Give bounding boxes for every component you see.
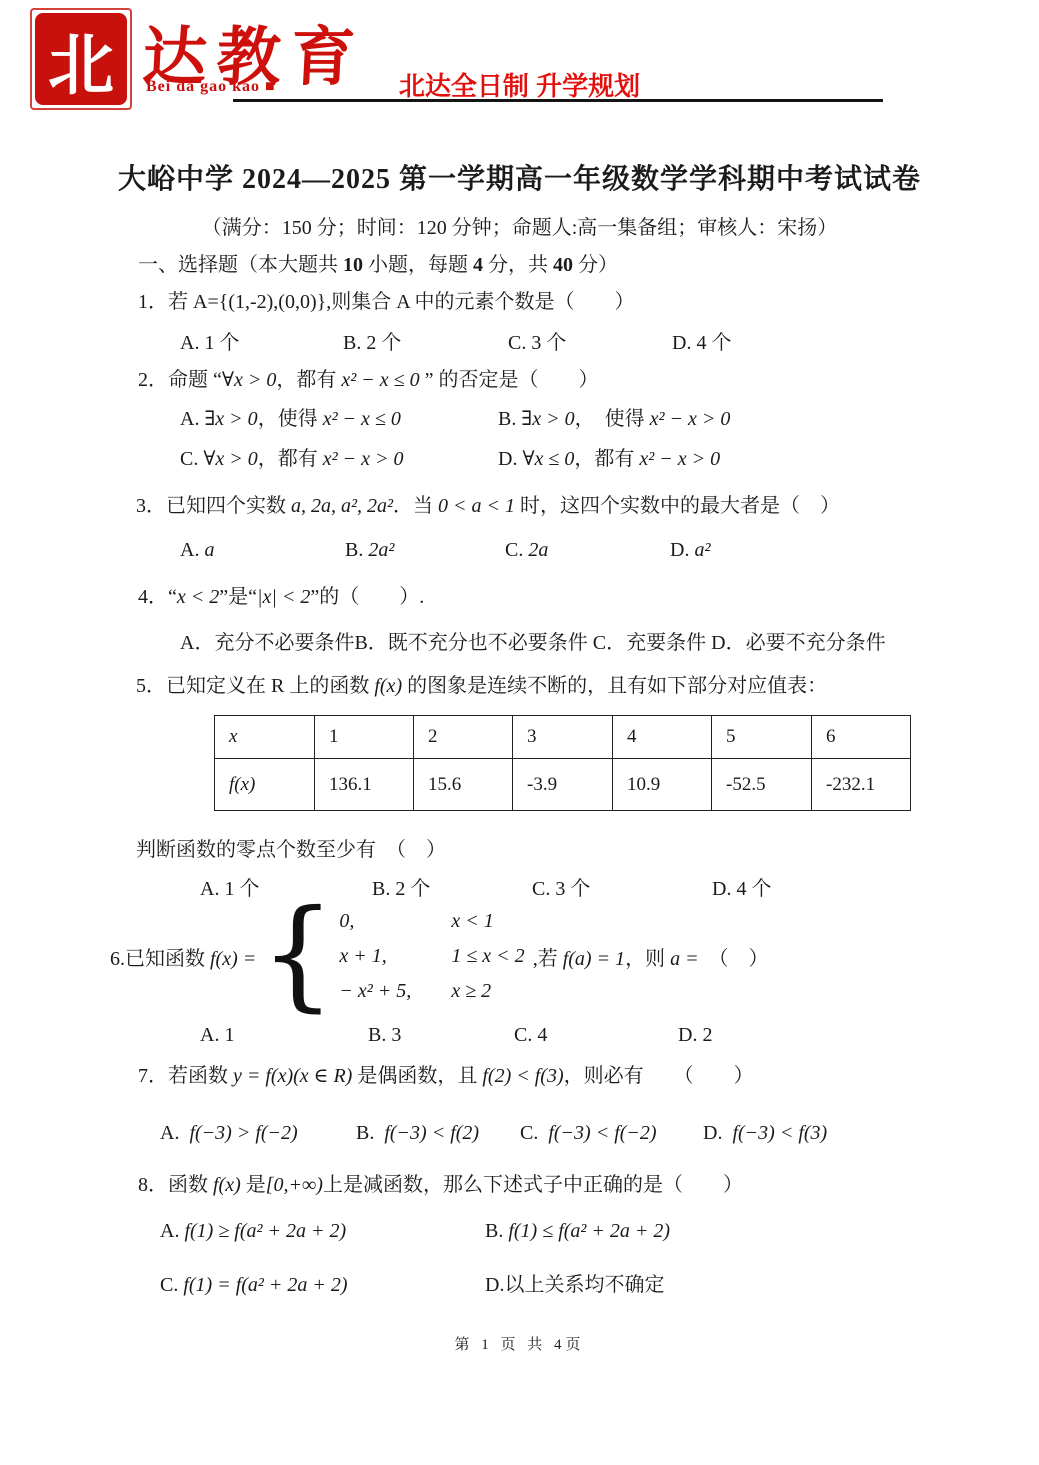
question-3-options: A. a B. 2a² C. 2a D. a² (0, 537, 1039, 693)
piecewise-case-1: 0, x < 1 (339, 904, 524, 939)
q7-option-a: A. f(−3) > f(−2) (160, 1120, 298, 1146)
case-condition: 1 ≤ x < 2 (451, 945, 524, 968)
exam-meta: （满分：150 分；时间：120 分钟；命题人:高一集备组；审核人：宋扬） (0, 211, 1039, 240)
q1-option-d: D. 4 个 (672, 330, 731, 356)
case-value: 0, (339, 910, 451, 933)
case-value: x + 1, (339, 945, 451, 968)
exam-page: 北 达教育 Bei da gao kao ■ 北达全日制 升学规划 大峪中学 2… (0, 0, 1039, 1465)
page-title: 大峪中学 2024—2025 第一学期高一年级数学学科期中考试试卷 (0, 157, 1039, 197)
q8-option-a: A. f(1) ≥ f(a² + 2a + 2) (160, 1218, 346, 1244)
q5-option-d: D. 4 个 (712, 876, 771, 902)
question-3-stem: 3．已知四个实数 a, 2a, a², 2a²．当 0 < a < 1 时，这四… (136, 493, 840, 519)
table-row-x: x 1 2 3 4 5 6 (215, 716, 911, 759)
q5-option-a: A. 1 个 (200, 876, 259, 902)
q2-option-a: A. ∃x > 0，使得 x² − x ≤ 0 (180, 406, 401, 432)
q8-option-b: B. f(1) ≤ f(a² + 2a + 2) (485, 1218, 670, 1244)
table-cell: 1 (315, 716, 414, 759)
q1-option-b: B. 2 个 (343, 330, 401, 356)
table-cell: 10.9 (613, 759, 712, 811)
question-8-options-row2: C. f(1) = f(a² + 2a + 2) D.以上关系均不确定 (0, 1272, 1039, 1376)
question-8-stem: 8．函数 f(x) 是[0,+∞)上是减函数，那么下述式子中正确的是（ ） (138, 1172, 743, 1198)
question-5-stem: 5．已知定义在 R 上的函数 f(x) 的图象是连续不断的，且有如下部分对应值表… (136, 673, 827, 699)
table-cell: 15.6 (414, 759, 513, 811)
table-cell: -232.1 (812, 759, 911, 811)
q3-option-a: A. a (180, 537, 214, 563)
q3-option-d: D. a² (670, 537, 710, 563)
q5-option-b: B. 2 个 (372, 876, 430, 902)
table-cell: 4 (613, 716, 712, 759)
q6-option-c: C. 4 (514, 1022, 547, 1048)
table-cell: 136.1 (315, 759, 414, 811)
q6-option-d: D. 2 (678, 1022, 712, 1048)
q5-option-c: C. 3 个 (532, 876, 590, 902)
question-6-stem: 6.已知函数 f(x) = { 0, x < 1 x + 1, 1 ≤ x < … (110, 901, 769, 1011)
table-cell: -52.5 (712, 759, 812, 811)
case-condition: x ≥ 2 (451, 980, 524, 1003)
q8-option-c: C. f(1) = f(a² + 2a + 2) (160, 1272, 348, 1298)
q2-option-b: B. ∃x > 0， 使得 x² − x > 0 (498, 406, 730, 432)
section-heading: 一、选择题（本大题共 10 小题，每题 4 分，共 40 分） (138, 252, 618, 278)
brand-slogan: 北达全日制 升学规划 (0, 66, 1039, 103)
q6-suffix: ,若 f(a) = 1，则 a = （ ） (533, 942, 769, 971)
question-2-stem: 2．命题 “∀x > 0，都有 x² − x ≤ 0 ” 的否定是（ ） (138, 367, 598, 393)
page-number: 第 1 页 共 4页 (0, 1333, 1039, 1354)
table-cell: -3.9 (513, 759, 613, 811)
question-5-judge: 判断函数的零点个数至少有 （ ） (136, 837, 446, 863)
q3-option-c: C. 2a (505, 537, 548, 563)
case-condition: x < 1 (451, 910, 524, 933)
header-divider (233, 99, 883, 102)
question-7-stem: 7．若函数 y = f(x)(x ∈ R) 是偶函数，且 f(2) < f(3)… (138, 1063, 754, 1089)
q6-label: 6.已知函数 f(x) = (110, 942, 256, 971)
question-4-options: A．充分不必要条件B．既不充分也不必要条件 C．充要条件 D．必要不充分条件 (180, 630, 886, 656)
value-table: x 1 2 3 4 5 6 f(x) 136.1 15.6 -3.9 10.9 … (214, 715, 911, 811)
piecewise-case-3: − x² + 5, x ≥ 2 (339, 974, 524, 1009)
table-row-fx: f(x) 136.1 15.6 -3.9 10.9 -52.5 -232.1 (215, 759, 911, 811)
q2-option-c: C. ∀x > 0，都有 x² − x > 0 (180, 446, 404, 472)
table-cell: 6 (812, 716, 911, 759)
question-1-stem: 1．若 A={(1,-2),(0,0)},则集合 A 中的元素个数是（ ） (138, 289, 635, 315)
piecewise-cases: 0, x < 1 x + 1, 1 ≤ x < 2 − x² + 5, x ≥ … (339, 904, 524, 1009)
q7-option-c: C. f(−3) < f(−2) (520, 1120, 657, 1146)
q8-option-d: D.以上关系均不确定 (485, 1272, 664, 1298)
table-cell: 3 (513, 716, 613, 759)
q2-option-d: D. ∀x ≤ 0，都有 x² − x > 0 (498, 446, 720, 472)
piecewise-case-2: x + 1, 1 ≤ x < 2 (339, 939, 524, 974)
q7-option-d: D. f(−3) < f(3) (703, 1120, 827, 1146)
q3-option-b: B. 2a² (345, 537, 394, 563)
q6-option-b: B. 3 (368, 1022, 401, 1048)
table-cell: 2 (414, 716, 513, 759)
case-value: − x² + 5, (339, 980, 451, 1003)
table-cell: x (215, 716, 315, 759)
q6-option-a: A. 1 (200, 1022, 234, 1048)
q1-option-c: C. 3 个 (508, 330, 566, 356)
left-brace: { (260, 902, 335, 1004)
question-4-stem: 4．“x < 2”是“|x| < 2”的（ ）. (138, 584, 424, 610)
table-cell: 5 (712, 716, 812, 759)
q1-option-a: A. 1 个 (180, 330, 239, 356)
table-cell: f(x) (215, 759, 315, 811)
q7-option-b: B. f(−3) < f(2) (356, 1120, 479, 1146)
